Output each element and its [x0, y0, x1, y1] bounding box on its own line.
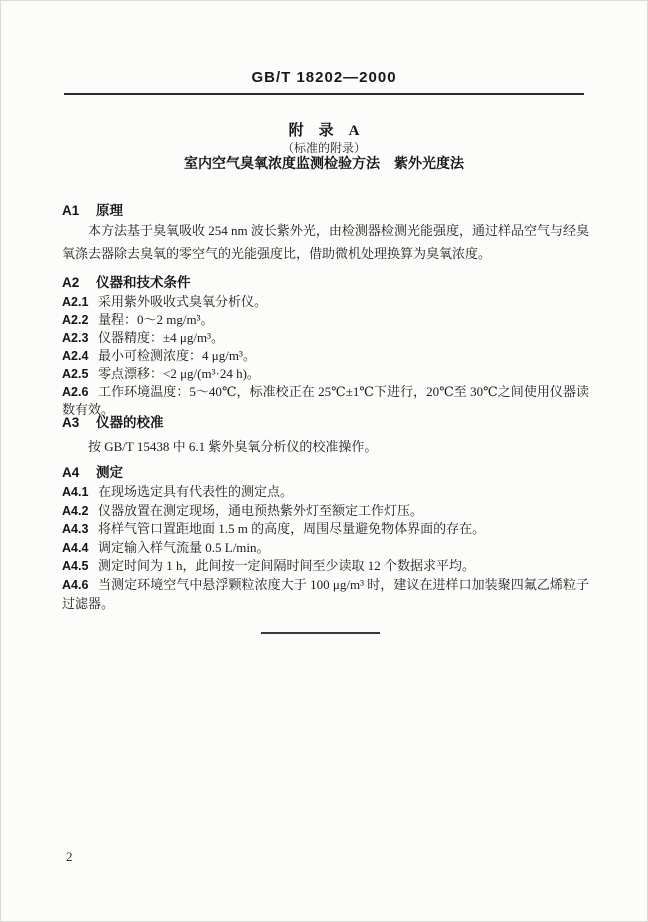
clause-a2-2: A2.2量程：0～2 mg/m³。	[62, 311, 589, 329]
clause-a4-1: A4.1在现场选定具有代表性的测定点。	[62, 483, 589, 502]
clause-a2-4: A2.4最小可检测浓度：4 μg/m³。	[62, 347, 589, 365]
clause-number: A2.5	[62, 365, 98, 383]
clause-text: 采用紫外吸收式臭氧分析仪。	[98, 294, 267, 309]
page-number: 2	[66, 849, 73, 865]
clause-a4-6: A4.6当测定环境空气中悬浮颗粒浓度大于 100 μg/m³ 时，建议在进样口加…	[62, 576, 589, 613]
clause-number: A2.6	[62, 383, 98, 401]
clause-a2-3: A2.3仪器精度：±4 μg/m³。	[62, 329, 589, 347]
clause-text: 仪器放置在测定现场，通电预热紫外灯至额定工作灯压。	[98, 503, 423, 518]
appendix-title: 附 录 A	[0, 119, 648, 140]
clause-a2-1: A2.1采用紫外吸收式臭氧分析仪。	[62, 293, 589, 311]
clause-list-a4: A4.1在现场选定具有代表性的测定点。 A4.2仪器放置在测定现场，通电预热紫外…	[62, 483, 589, 613]
section-title: 仪器和技术条件	[96, 275, 191, 290]
document-page: GB/T 18202—2000 附 录 A （标准的附录） 室内空气臭氧浓度监测…	[0, 0, 648, 922]
paragraph-a1: 本方法基于臭氧吸收 254 nm 波长紫外光，由检测器检测光能强度，通过样品空气…	[62, 220, 589, 265]
section-number: A1	[62, 203, 96, 218]
clause-text: 量程：0～2 mg/m³。	[98, 312, 213, 327]
clause-a4-5: A4.5测定时间为 1 h，此间按一定间隔时间至少读取 12 个数据求平均。	[62, 557, 589, 576]
header-rule	[64, 93, 584, 95]
paragraph-a3: 按 GB/T 15438 中 6.1 紫外臭氧分析仪的校准操作。	[62, 438, 589, 456]
section-number: A3	[62, 415, 96, 430]
clause-a4-2: A4.2仪器放置在测定现场，通电预热紫外灯至额定工作灯压。	[62, 502, 589, 521]
clause-number: A4.1	[62, 483, 98, 502]
clause-number: A2.2	[62, 311, 98, 329]
section-heading-a3: A3仪器的校准	[62, 411, 164, 431]
clause-text: 在现场选定具有代表性的测定点。	[98, 484, 293, 499]
clause-text: 当测定环境空气中悬浮颗粒浓度大于 100 μg/m³ 时，建议在进样口加装聚四氟…	[62, 577, 589, 611]
section-heading-a4: A4测定	[62, 461, 123, 481]
footer-divider	[261, 632, 380, 634]
clause-a4-3: A4.3将样气管口置距地面 1.5 m 的高度，周围尽量避免物体界面的存在。	[62, 520, 589, 539]
clause-text: 零点漂移：<2 μg/(m³·24 h)。	[98, 366, 260, 381]
section-heading-a1: A1原理	[62, 199, 123, 219]
document-title: 室内空气臭氧浓度监测检验方法 紫外光度法	[0, 153, 648, 173]
clause-number: A2.3	[62, 329, 98, 347]
section-number: A2	[62, 275, 96, 290]
clause-number: A4.2	[62, 502, 98, 521]
clause-text: 将样气管口置距地面 1.5 m 的高度，周围尽量避免物体界面的存在。	[98, 521, 485, 536]
clause-list-a2: A2.1采用紫外吸收式臭氧分析仪。 A2.2量程：0～2 mg/m³。 A2.3…	[62, 293, 589, 419]
section-title: 仪器的校准	[96, 415, 164, 430]
clause-a4-4: A4.4调定输入样气流量 0.5 L/min。	[62, 539, 589, 558]
section-title: 原理	[96, 203, 123, 218]
clause-a2-5: A2.5零点漂移：<2 μg/(m³·24 h)。	[62, 365, 589, 383]
clause-number: A4.6	[62, 576, 98, 595]
clause-text: 调定输入样气流量 0.5 L/min。	[98, 540, 270, 555]
section-heading-a2: A2仪器和技术条件	[62, 271, 191, 291]
clause-text: 最小可检测浓度：4 μg/m³。	[98, 348, 256, 363]
clause-number: A4.4	[62, 539, 98, 558]
clause-number: A4.5	[62, 557, 98, 576]
clause-number: A4.3	[62, 520, 98, 539]
section-title: 测定	[96, 465, 123, 480]
clause-text: 测定时间为 1 h，此间按一定间隔时间至少读取 12 个数据求平均。	[98, 558, 475, 573]
clause-number: A2.4	[62, 347, 98, 365]
clause-number: A2.1	[62, 293, 98, 311]
section-number: A4	[62, 465, 96, 480]
standard-code: GB/T 18202—2000	[0, 69, 648, 86]
clause-text: 仪器精度：±4 μg/m³。	[98, 330, 224, 345]
